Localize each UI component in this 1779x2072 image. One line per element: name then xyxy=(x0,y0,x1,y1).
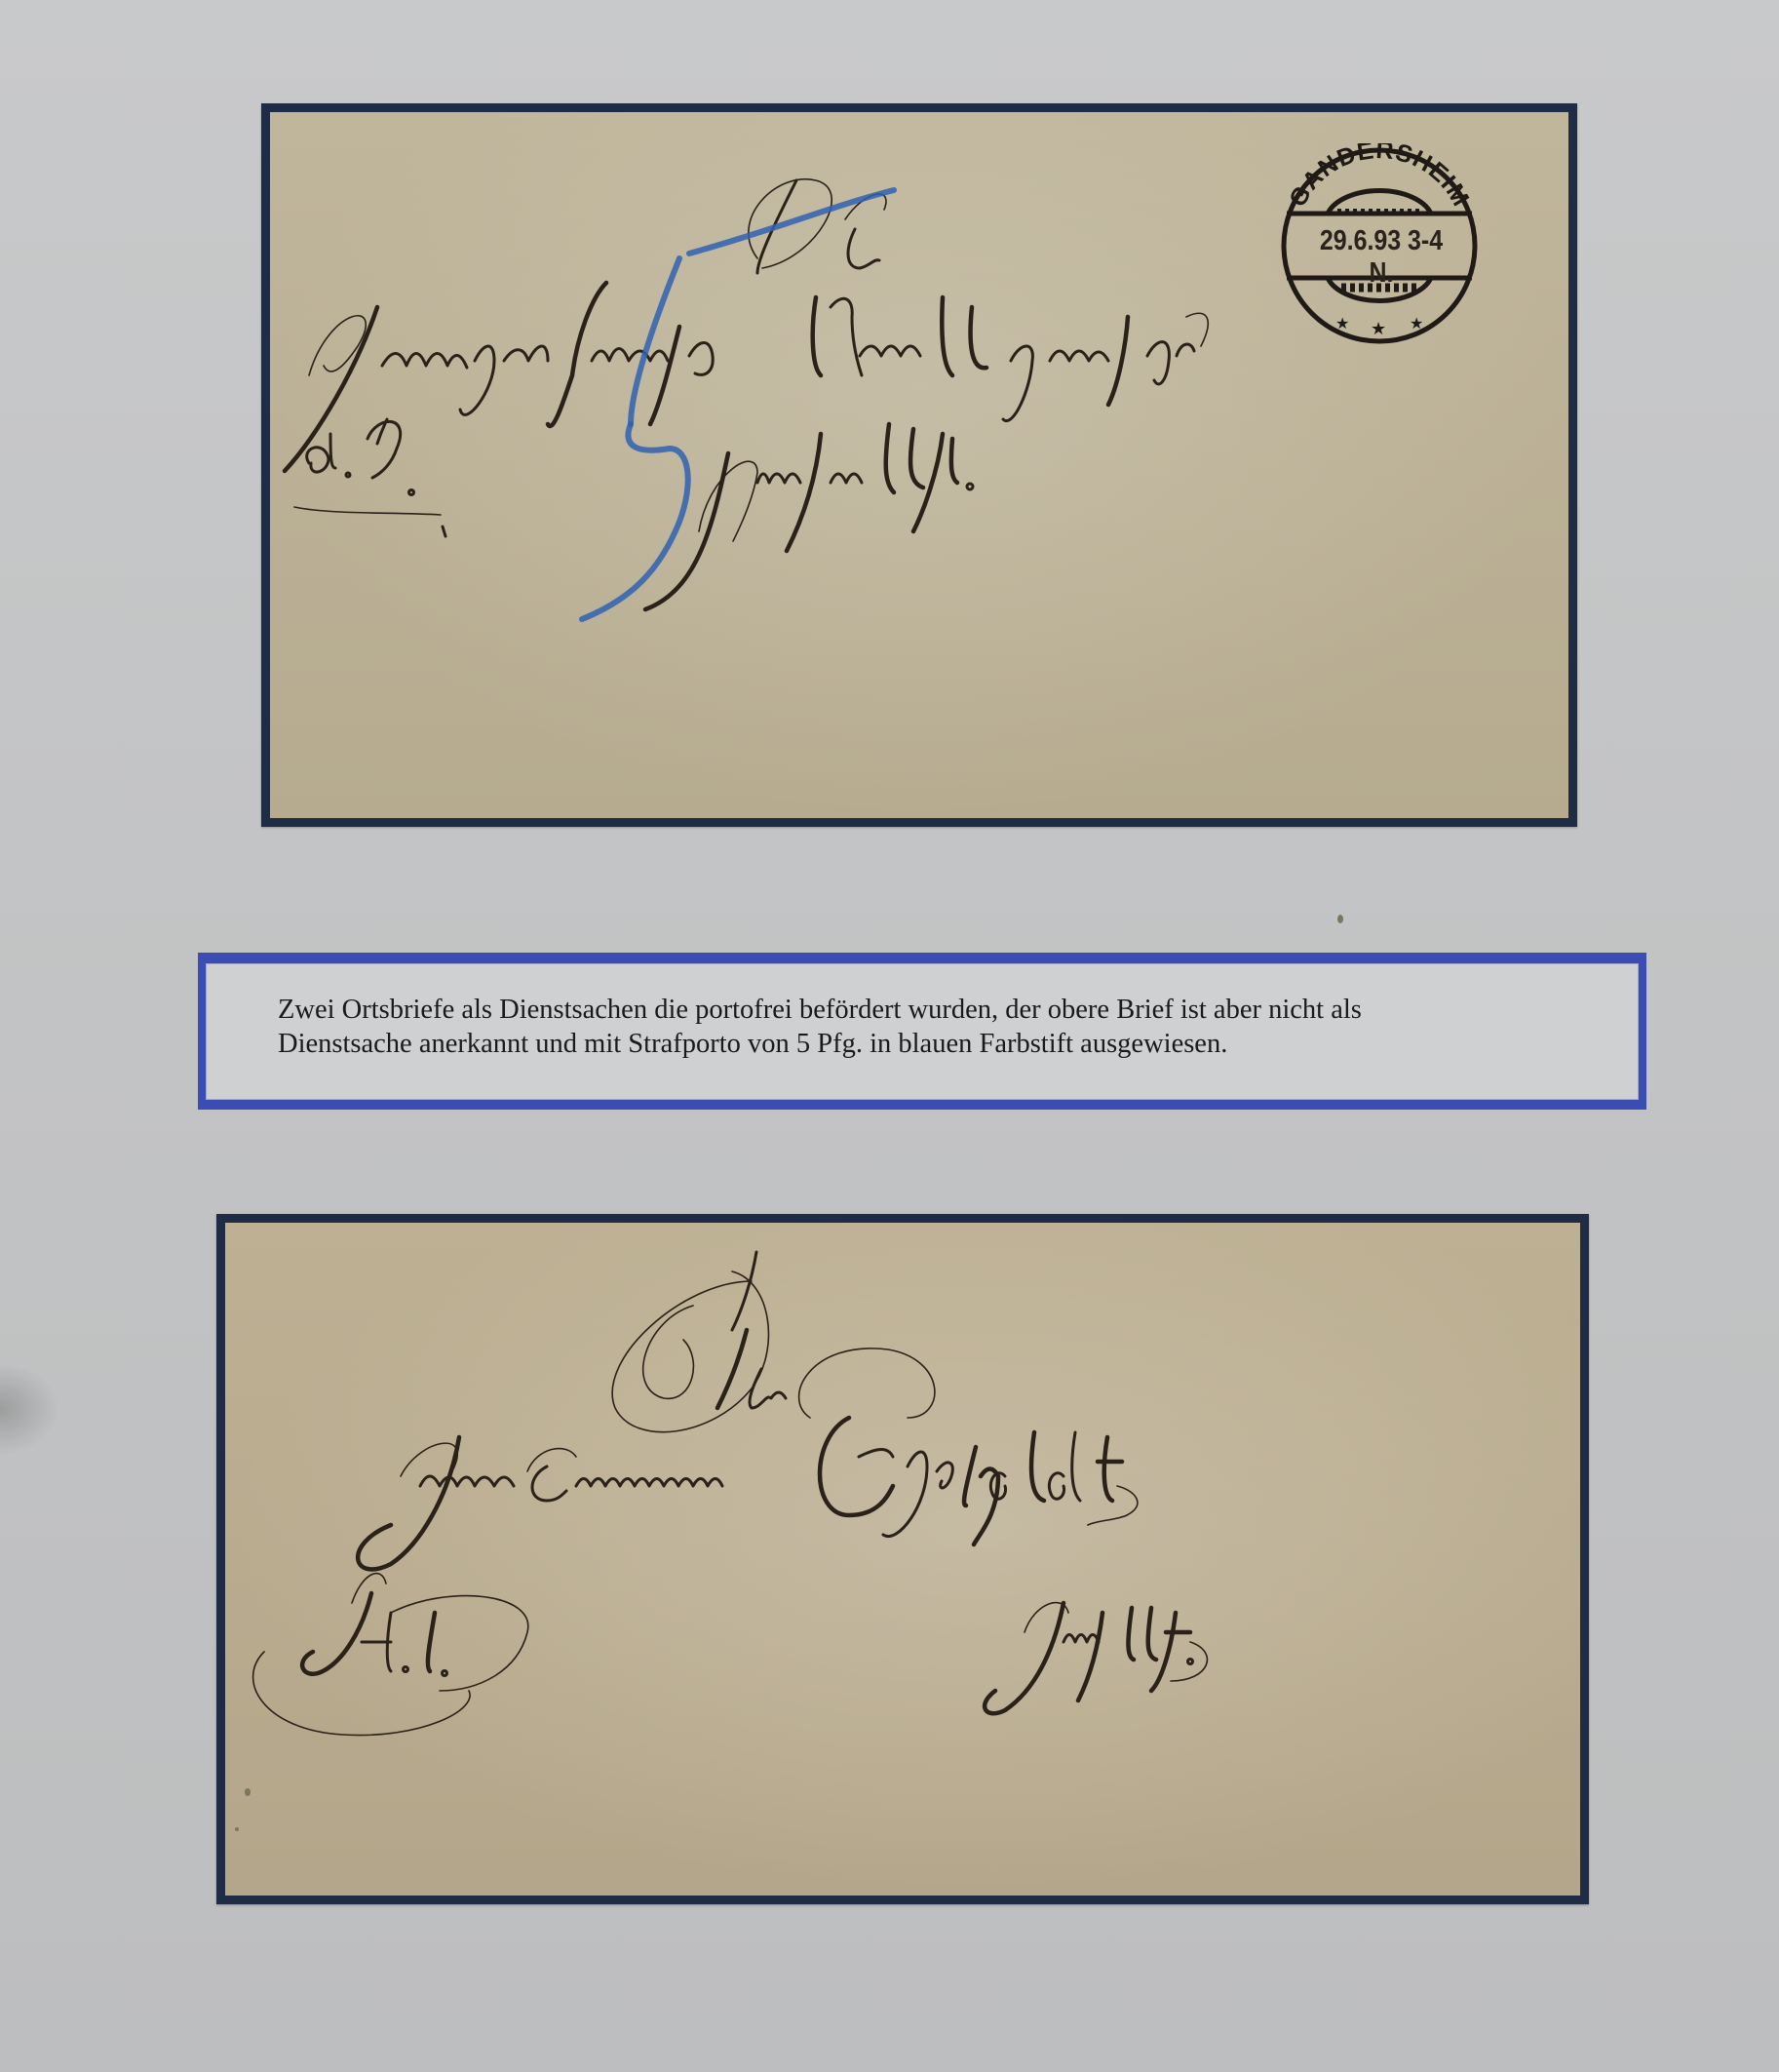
page-speck xyxy=(1337,915,1343,923)
svg-text:★: ★ xyxy=(1371,319,1386,338)
envelope-speck xyxy=(235,1827,239,1831)
top-cover-envelope: GANDERSHEIM ★ ★ ★ 29.6.93 3-4 N. An Herz… xyxy=(270,112,1568,818)
svg-text:★: ★ xyxy=(1410,316,1423,332)
svg-text:★: ★ xyxy=(1335,316,1349,332)
caption-line-2: Dienstsache anerkannt und mit Strafporto… xyxy=(278,1027,1623,1061)
bottom-cover-mount: An Herrn Cämmerer Eysholdt H. S. Hiersel… xyxy=(216,1214,1589,1904)
bottom-cover-handwriting xyxy=(225,1223,1580,1896)
bottom-cover-envelope: An Herrn Cämmerer Eysholdt H. S. Hiersel… xyxy=(225,1223,1580,1896)
caption-box: Zwei Ortsbriefe als Dienstsachen die por… xyxy=(198,953,1646,1110)
caption-text: Zwei Ortsbriefe als Dienstsachen die por… xyxy=(278,993,1623,1061)
envelope-speck xyxy=(245,1788,251,1796)
postmark-date: 29.6.93 3-4 N. xyxy=(1310,225,1452,290)
gandersheim-postmark: GANDERSHEIM ★ ★ ★ 29.6.93 3-4 N. xyxy=(1277,143,1482,348)
top-cover-mount: GANDERSHEIM ★ ★ ★ 29.6.93 3-4 N. An Herz… xyxy=(261,103,1577,827)
caption-line-1: Zwei Ortsbriefe als Dienstsachen die por… xyxy=(278,993,1623,1027)
